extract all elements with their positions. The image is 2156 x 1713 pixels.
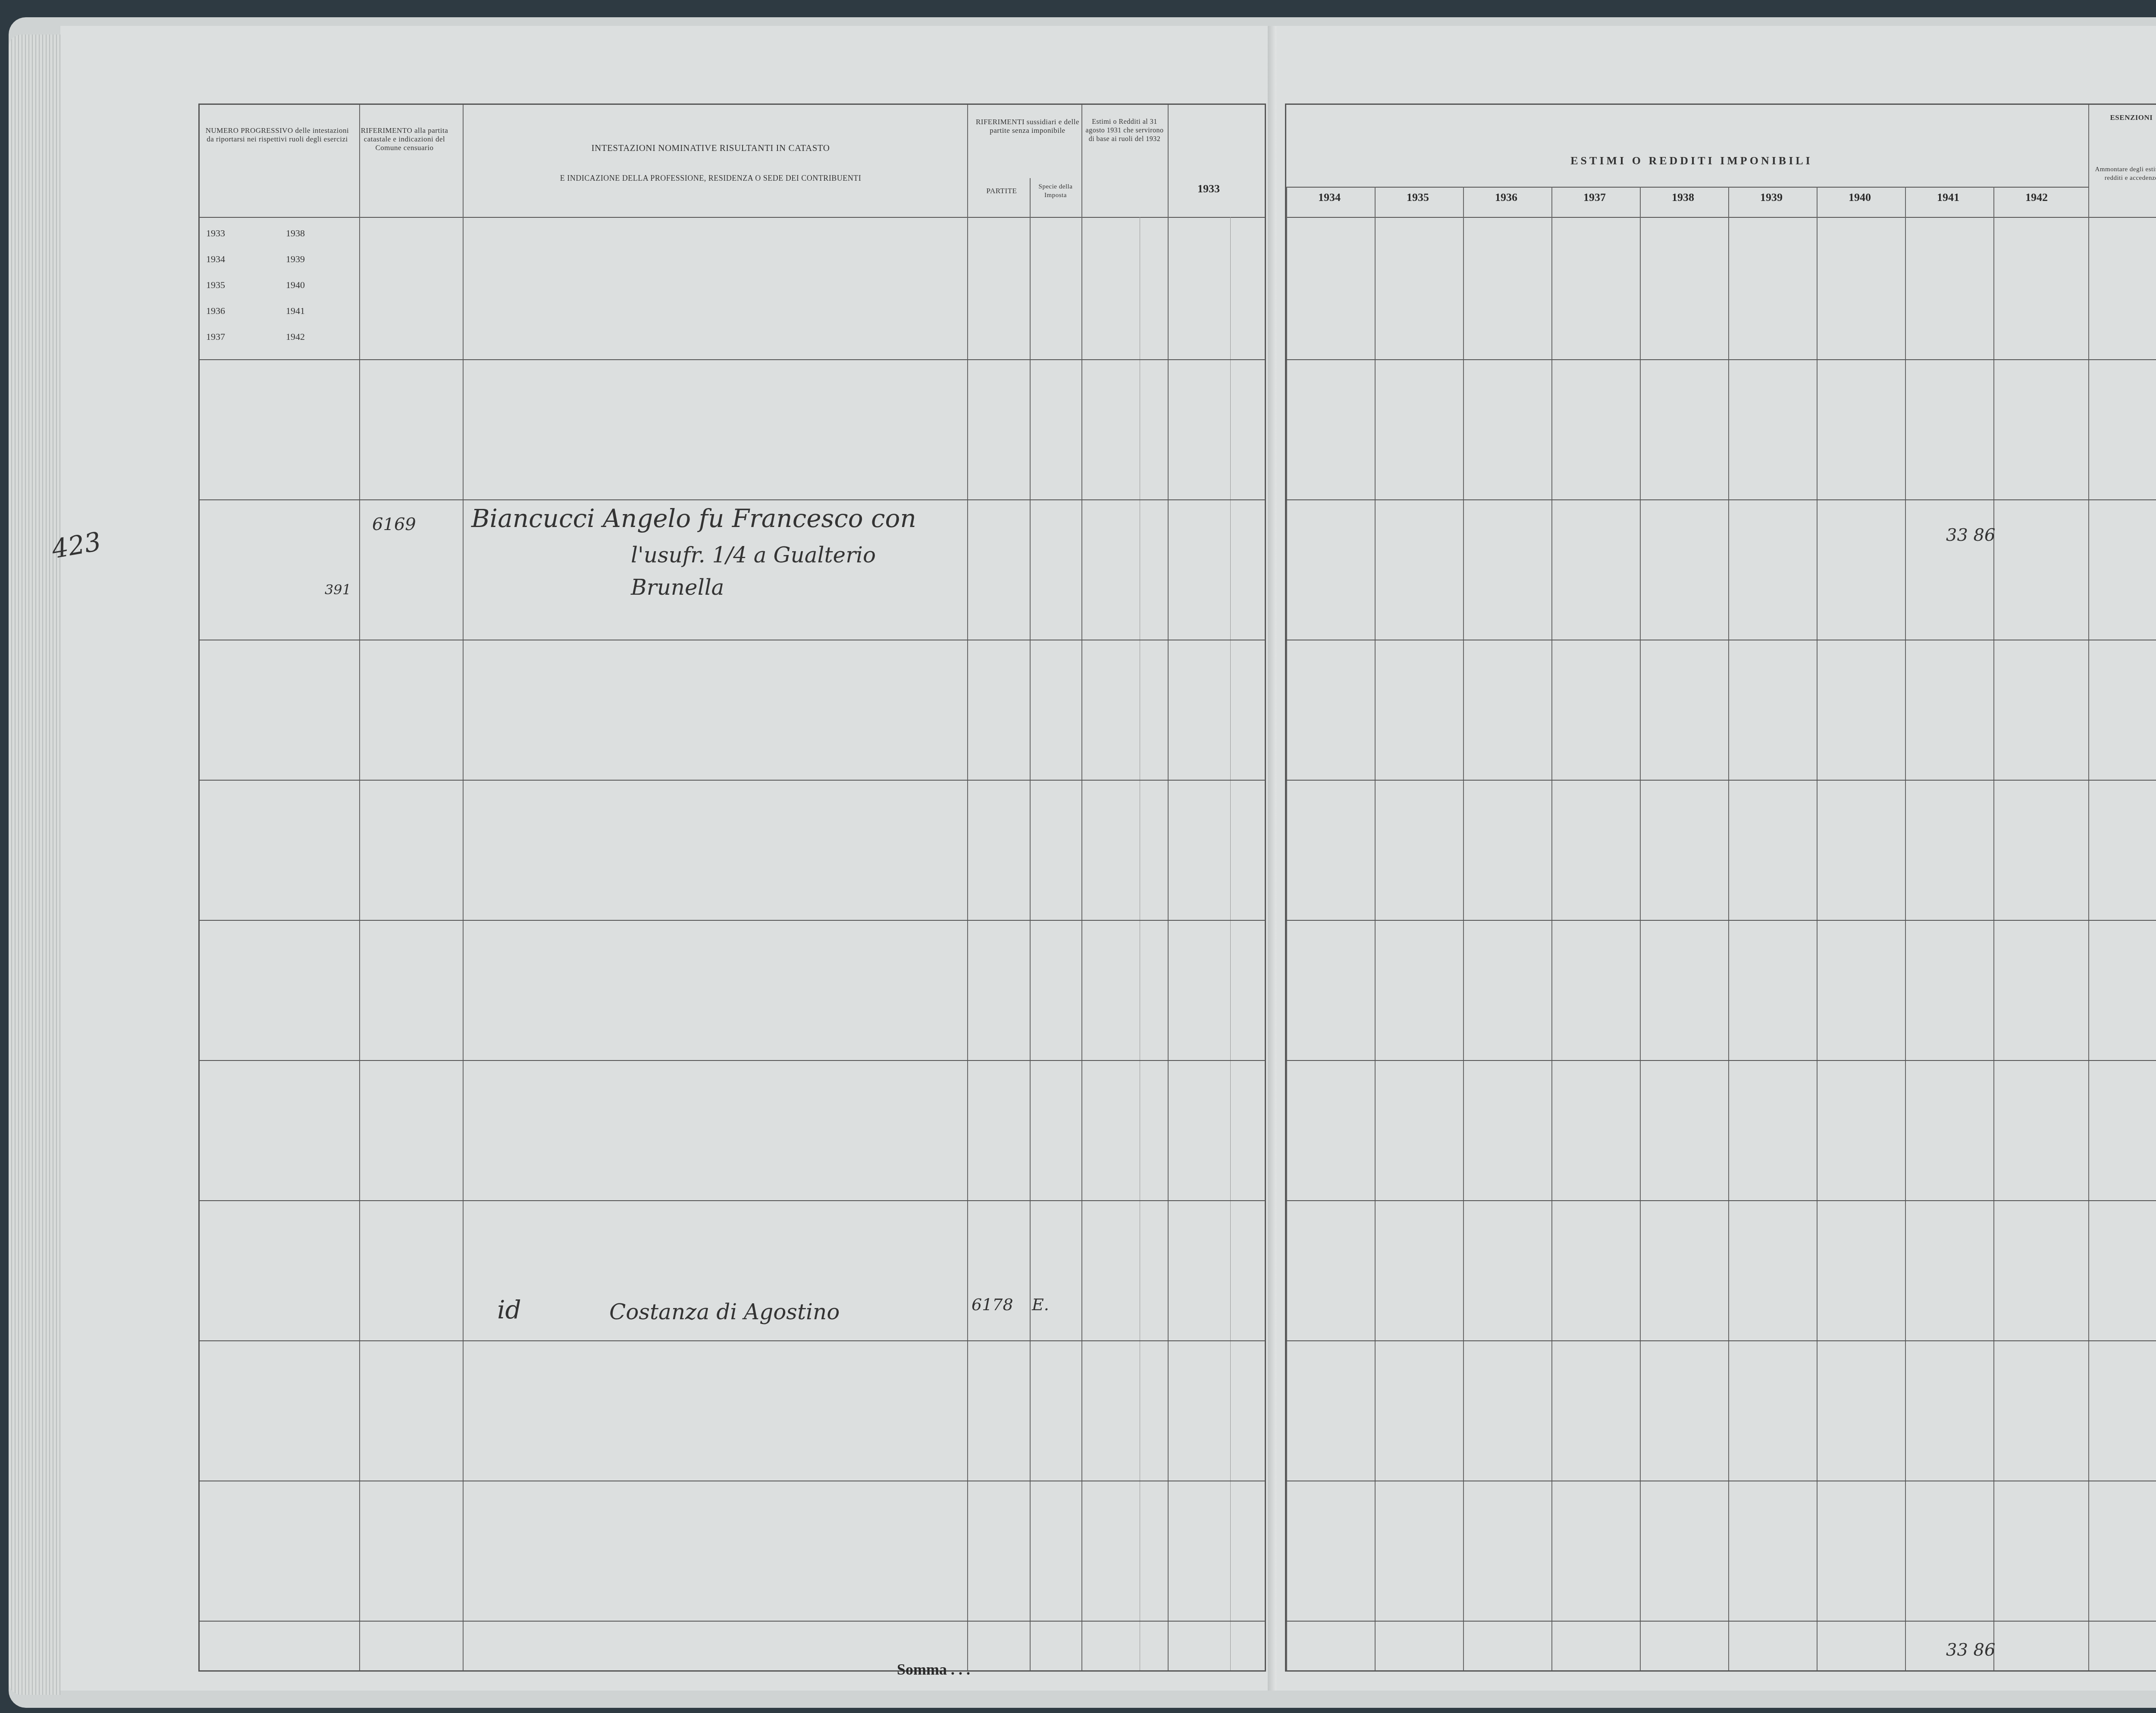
block-divider (200, 920, 1265, 921)
col4-group-header: RIFERIMENTI sussidiari e delle partite s… (971, 118, 1084, 135)
col7-header: 1933 (1191, 182, 1226, 195)
block-divider (1286, 359, 2156, 360)
year-header-1936: 1936 (1489, 191, 1523, 204)
year-label: 1935 (206, 279, 225, 291)
block-divider (1286, 780, 2156, 781)
col3-subheader: E INDICAZIONE DELLA PROFESSIONE, RESIDEN… (463, 174, 959, 182)
col3-header: INTESTAZIONI NOMINATIVE RISULTANTI IN CA… (463, 144, 959, 152)
year-header-1942: 1942 (2019, 191, 2054, 204)
title-divider (1286, 187, 2088, 188)
block-divider (1286, 1340, 2156, 1341)
block-divider (200, 1621, 1265, 1622)
year-header-1938: 1938 (1666, 191, 1700, 204)
block-divider (1286, 1621, 2156, 1622)
block-divider (1286, 920, 2156, 921)
col-divider (1551, 187, 1552, 1670)
left-page: NUMERO PROGRESSIVO delle intestazioni da… (60, 26, 1276, 1691)
entry-name-line3: Brunella (631, 575, 724, 600)
cents-divider (1140, 217, 1140, 1670)
year-header-1935: 1935 (1401, 191, 1435, 204)
col-divider (1463, 187, 1464, 1670)
col1-header: NUMERO PROGRESSIVO delle intestazioni da… (204, 126, 351, 144)
sub-note: 391 (325, 581, 351, 598)
col-divider (1905, 187, 1906, 1670)
exemptions-title: ESENZIONI (2093, 113, 2156, 122)
year-header-1939: 1939 (1754, 191, 1789, 204)
exemptions-header: Ammontare degli estimi o redditi e acced… (2093, 165, 2156, 182)
col-divider (1993, 187, 1994, 1670)
partita-number: 6169 (372, 515, 416, 534)
year-label: 1936 (206, 305, 225, 317)
value-1941: 33 86 (1946, 525, 1996, 545)
col-divider (1728, 187, 1729, 1670)
block-divider (1286, 499, 2156, 500)
year-label: 1940 (286, 279, 305, 291)
year-label: 1942 (286, 331, 305, 342)
block-divider (1286, 640, 2156, 640)
block-divider (200, 359, 1265, 360)
entry-prefix: id (497, 1295, 521, 1324)
col4-header: PARTITE (971, 187, 1032, 195)
right-table: ESTIMI O REDDITI IMPONIBILI 1934 1935 19… (1285, 104, 2156, 1672)
col-divider (1286, 187, 1287, 1670)
block-divider (200, 780, 1265, 781)
year-label: 1939 (286, 254, 305, 265)
col-divider (967, 105, 968, 1670)
year-header-1941: 1941 (1931, 191, 1965, 204)
entry2-partita: 6178 (971, 1295, 1013, 1314)
block-divider (200, 1481, 1265, 1481)
header-divider (1286, 217, 2156, 218)
year-label: 1937 (206, 331, 225, 342)
year-header-1934: 1934 (1312, 191, 1347, 204)
year-label: 1941 (286, 305, 305, 317)
col-divider (1817, 187, 1818, 1670)
year-label: 1933 (206, 228, 225, 239)
col-divider (463, 105, 464, 1670)
year-label: 1938 (286, 228, 305, 239)
col-divider (1081, 105, 1082, 1670)
block-divider (1286, 1481, 2156, 1481)
year-label: 1934 (206, 254, 225, 265)
col5-header: Specie della Imposta (1032, 182, 1079, 200)
cents-divider (1230, 217, 1231, 1670)
entry2-specie: E. (1032, 1295, 1049, 1314)
col-divider (2088, 105, 2089, 1670)
block-divider (200, 1060, 1265, 1061)
col6-header: Estimi o Redditi al 31 agosto 1931 che s… (1084, 118, 1166, 144)
left-table: NUMERO PROGRESSIVO delle intestazioni da… (198, 104, 1266, 1672)
entry-name-line2: l'usufr. 1/4 a Gualterio (631, 543, 876, 568)
block-divider (200, 499, 1265, 500)
col-divider (359, 105, 360, 1670)
year-header-1940: 1940 (1843, 191, 1877, 204)
block-divider (200, 1340, 1265, 1341)
year-header-1937: 1937 (1577, 191, 1612, 204)
col-divider (1375, 187, 1376, 1670)
page-edges-left (9, 35, 60, 1695)
somma-label: Somma . . . (897, 1660, 970, 1678)
block-divider (1286, 1200, 2156, 1201)
block-divider (200, 1200, 1265, 1201)
col-divider (1168, 105, 1169, 1670)
col-divider (1030, 178, 1031, 1670)
block-divider (1286, 1060, 2156, 1061)
right-page: Mod. III - Imposte Dirette (Intercalare)… (1276, 26, 2156, 1691)
col2-header: RIFERIMENTO alla partita catastale e ind… (355, 126, 454, 152)
estimates-title: ESTIMI O REDDITI IMPONIBILI (1286, 157, 2097, 165)
col-divider (1640, 187, 1641, 1670)
block-divider (200, 640, 1265, 640)
entry2-name: Costanza di Agostino (609, 1299, 840, 1324)
entry-name-line1: Biancucci Angelo fu Francesco con (471, 504, 916, 533)
somma-value: 33 86 (1946, 1640, 1996, 1660)
